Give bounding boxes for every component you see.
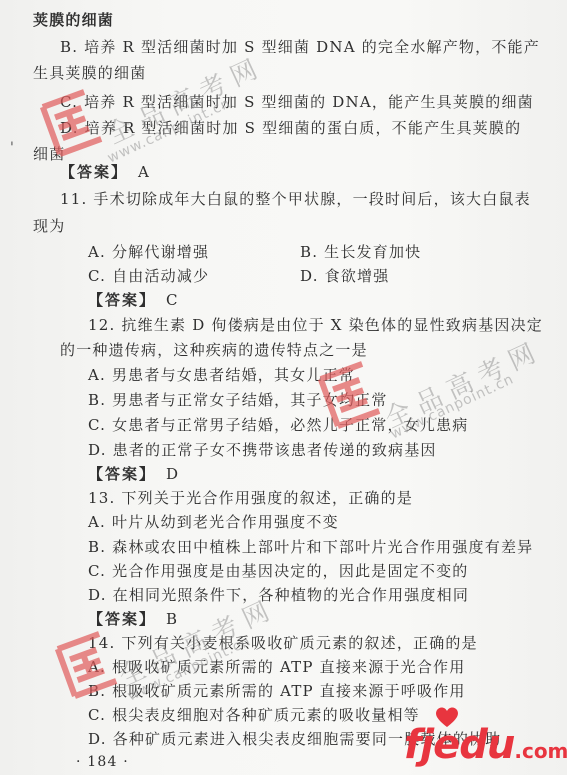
page-number: · 184 ·: [76, 752, 129, 772]
question-12-stem: 12. 抗维生素 D 佝偻病是由位于 X 染色体的显性致病基因决定: [88, 315, 543, 335]
question-12-stem-cont: 的一种遗传病，这种疾病的遗传特点之一是: [60, 340, 368, 360]
question-11-stem-cont: 现为: [33, 216, 65, 236]
logo-tld-text: .com: [514, 739, 567, 763]
question-12-answer: 【答案】D: [88, 464, 179, 484]
question-12-option-a: A. 男患者与女患者结婚，其女儿正常: [88, 365, 355, 385]
question-12-option-d: D. 患者的正常子女不携带该患者传递的致病基因: [88, 440, 437, 460]
question-13-option-b: B. 森林或农田中植株上部叶片和下部叶片光合作用强度有差异: [88, 537, 533, 557]
answer-label: 【答案】: [88, 465, 156, 483]
heart-icon: [434, 706, 460, 728]
fjedu-logo: fjedu.com: [404, 722, 567, 768]
question-13-stem: 13. 下列关于光合作用强度的叙述，正确的是: [88, 488, 413, 508]
question-13-answer: 【答案】B: [88, 609, 178, 629]
answer-value: A: [138, 163, 150, 181]
scan-speck: ': [10, 140, 14, 156]
question-11-stem: 11. 手术切除成年大白鼠的整个甲状腺，一段时间后，该大白鼠表: [60, 189, 531, 209]
text-line-capsule-bacteria: 荚膜的细菌: [33, 10, 114, 30]
question-11-option-d: D. 食欲增强: [300, 266, 389, 286]
answer-value: B: [166, 610, 178, 628]
watermark-stamp-icon: [40, 88, 104, 158]
option-b-prev-question: B. 培养 R 型活细菌时加 S 型细菌 DNA 的完全水解产物，不能产: [60, 37, 540, 57]
answer-label: 【答案】: [60, 163, 128, 181]
answer-label: 【答案】: [88, 291, 156, 309]
question-11-option-b: B. 生长发育加快: [300, 242, 421, 262]
question-13-option-c: C. 光合作用强度是由基因决定的，因此是固定不变的: [88, 561, 468, 581]
question-11-option-a: A. 分解代谢增强: [88, 242, 209, 262]
question-11-option-c: C. 自由活动减少: [88, 266, 209, 286]
answer-prev-question: 【答案】A: [60, 162, 150, 182]
answer-value: C: [166, 291, 179, 309]
answer-value: D: [166, 465, 179, 483]
answer-label: 【答案】: [88, 610, 156, 628]
question-13-option-a: A. 叶片从幼到老光合作用强度不变: [88, 512, 339, 532]
question-11-answer: 【答案】C: [88, 290, 179, 310]
watermark-stamp-icon: [318, 360, 382, 430]
question-14-option-c: C. 根尖表皮细胞对各种矿质元素的吸收量相等: [88, 705, 420, 725]
logo-main-text: fjedu: [404, 722, 514, 768]
scanned-page: 荚膜的细菌 B. 培养 R 型活细菌时加 S 型细菌 DNA 的完全水解产物，不…: [0, 0, 567, 775]
watermark-stamp-icon: [55, 630, 119, 700]
question-13-option-d: D. 在相同光照条件下，各种植物的光合作用强度相同: [88, 585, 469, 605]
option-b-prev-question-cont: 生具荚膜的细菌: [33, 63, 146, 83]
